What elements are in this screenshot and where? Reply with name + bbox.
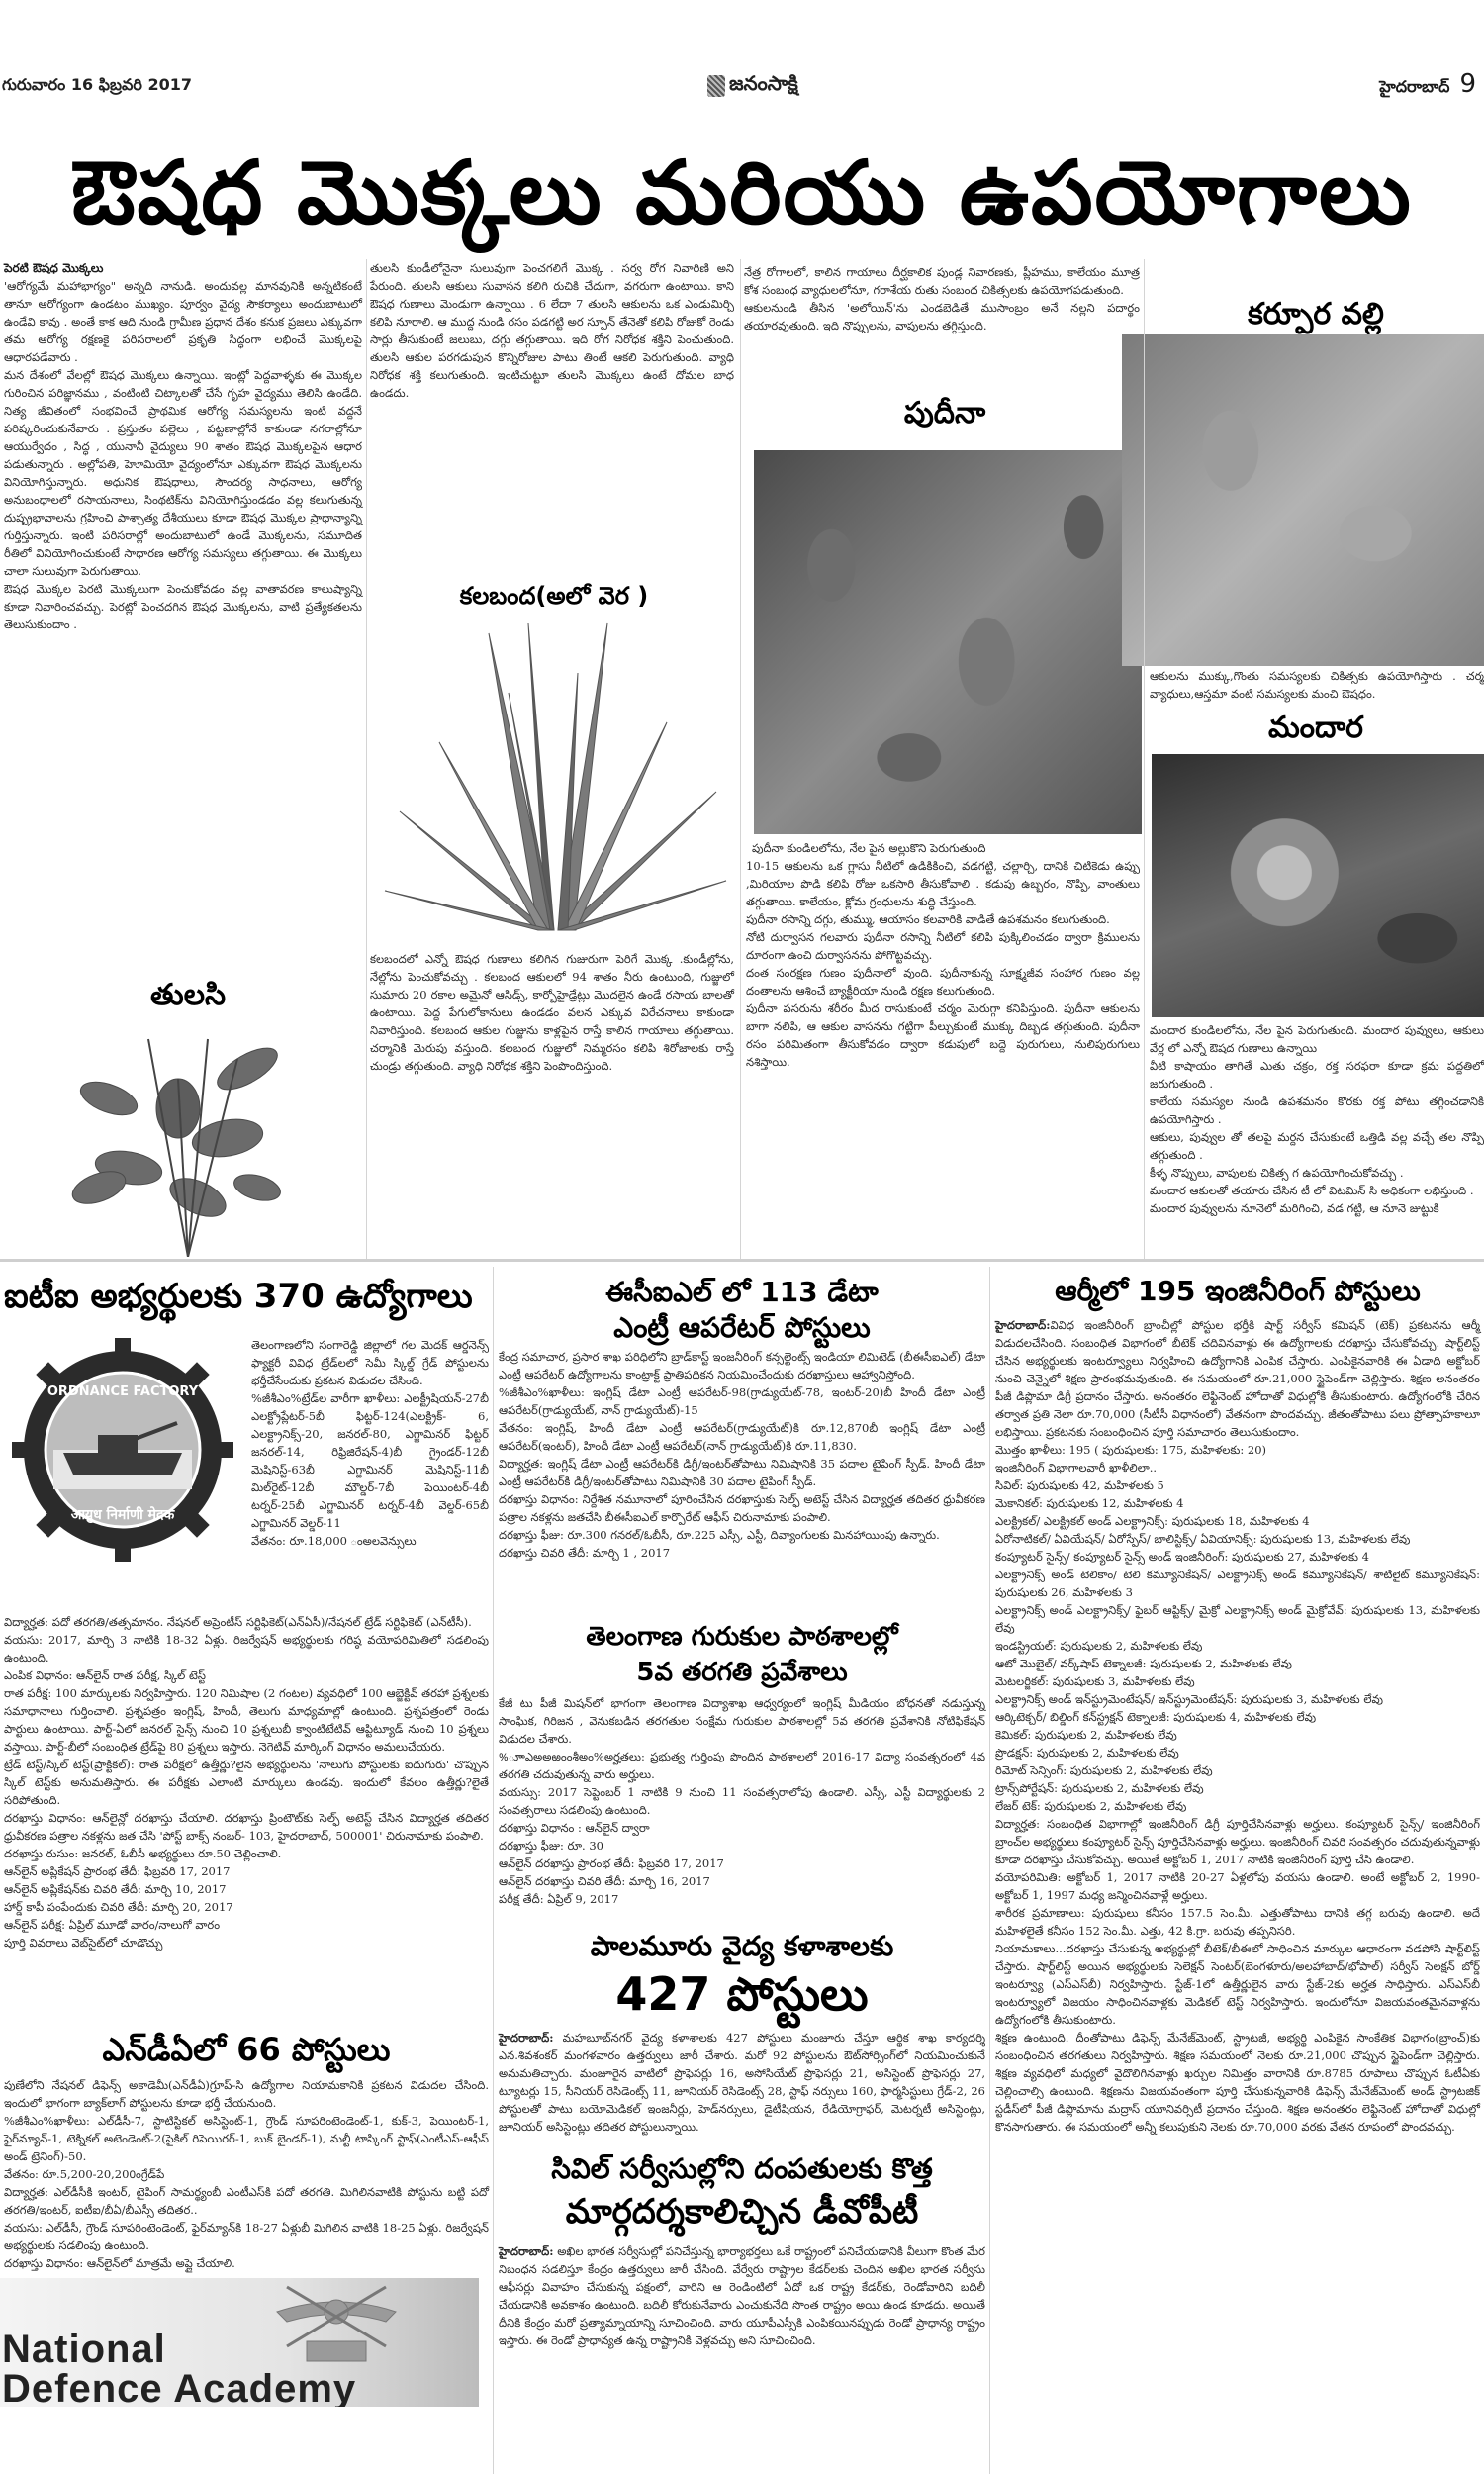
iti-intro: తెలంగాణలోని సంగారెడ్డి జిల్లాలో గల మెదక్… bbox=[251, 1336, 489, 1389]
palamuru-headline-line-1: పాలమూరు వైద్య కళాశాలకు bbox=[499, 1928, 985, 1965]
iti-vacancies: %జీశీఎం%ట్రేడ్‌ల వారీగా ఖాళీలు: ఎలక్ట్రీ… bbox=[251, 1389, 489, 1532]
nda-banner-line-1: National bbox=[2, 2328, 166, 2371]
mandara-heading: మందార bbox=[1148, 711, 1484, 752]
pudina-text-3: నోటి దుర్వాసన గలవారు పుదీనా రసాన్ని నీటి… bbox=[746, 928, 1140, 964]
newspaper-logo: జనంసాక్షి bbox=[707, 71, 798, 100]
aloe-text-2: నేత్ర రోగాలలో, కాలిన గాయాలు దీర్ఘకాలిక ప… bbox=[744, 263, 1140, 299]
column-rule bbox=[366, 259, 367, 1259]
army-branch: కంప్యూటర్ సైన్స్/ కంప్యూటర్ సైన్స్ అండ్ … bbox=[995, 1548, 1480, 1566]
tulasi-heading: తులసి bbox=[89, 978, 287, 1019]
issue-date: గురువారం 16 ఫిబ్రవరి 2017 bbox=[2, 75, 192, 98]
karpuravalli-caption: ఆకులను ముక్కు,గొంతు సమస్యలకు చికిత్సకు ఉ… bbox=[1150, 667, 1484, 703]
edition-city: హైదరాబాద్ bbox=[1379, 77, 1449, 100]
gurukul-application: దరఖాస్తు విధానం : ఆన్‌లైన్ ద్వారా bbox=[499, 1819, 985, 1837]
army-dateline: హైదరాబాద్: bbox=[995, 1318, 1050, 1332]
pudina-text: 10-15 ఆకులను ఒక గ్లాసు నీటిలో ఉడికికించి… bbox=[746, 857, 1140, 910]
iti-application: దరఖాస్తు విధానం: ఆన్‌లైన్లో దరఖాస్తు చేయ… bbox=[4, 1809, 489, 1845]
nda-vacancies: %జీశీఎం%ఖాళీలు: ఎల్‌డీసీ-7, స్టాటిస్టికల… bbox=[4, 2112, 489, 2165]
aloe-continued: నేత్ర రోగాలలో, కాలిన గాయాలు దీర్ఘకాలిక ప… bbox=[744, 263, 1140, 334]
army-branch: ఎలక్ట్రానిక్స్ అండ్ టెలికాం/ టెలి కమ్యూన… bbox=[995, 1566, 1480, 1601]
iti-date-2: ఆన్‌లైన్ అప్లికేషన్‌కు చివరి తేదీ: మార్చ… bbox=[4, 1880, 489, 1898]
dopt-headline-line-1: సివిల్ సర్వీసుల్లోని దంపతులకు కొత్త bbox=[499, 2149, 985, 2189]
newspaper-name: జనంసాక్షి bbox=[729, 71, 798, 100]
herbal-column-2: తులసి కుండీలోనైనా సులువుగా పెంచగలిగే మొక… bbox=[370, 259, 734, 402]
army-branch: మెకానికల్: పురుషులకు 12, మహిళలకు 4 bbox=[995, 1494, 1480, 1512]
mandara-text-3: కాలేయ సమస్యల నుండి ఉపశమనం కొరకు రక్త పోట… bbox=[1150, 1093, 1484, 1128]
aloe-heading: కలబంద(అలో వెర ) bbox=[376, 582, 732, 616]
herbal-column-1: పెరటి ఔషధ మొక్కలు 'ఆరోగ్యమే మహాభాగ్యం" అ… bbox=[4, 259, 362, 633]
palamuru-text-block: హైదరాబాద్: మహబూబ్‌నగర్ వైద్య కళాశాలకు 42… bbox=[499, 2029, 985, 2136]
karpuravalli-photo bbox=[1122, 334, 1484, 666]
iti-selection: ఎంపిక విధానం: ఆన్‌లైన్ రాత పరీక్ష, స్కిల… bbox=[4, 1666, 489, 1684]
mandara-text-6: మందార ఆకులతో తయారు చేసిన టీ లో విటమిన్ స… bbox=[1150, 1182, 1484, 1199]
army-training: శిక్షణ ఉంటుంది. దీంతోపాటు డిఫెన్స్ మేనేజ… bbox=[995, 2029, 1480, 2136]
iti-headline: ఐటీఐ అభ్యర్థులకు 370 ఉద్యోగాలు bbox=[4, 1277, 489, 1324]
column-rule bbox=[493, 1267, 494, 2474]
army-branch: రిమోట్ సెన్సింగ్: పురుషులకు 2, మహిళలకు ల… bbox=[995, 1761, 1480, 1779]
nda-intro: పుణేలోని నేషనల్ డిఫెన్స్ అకాడెమీ(ఎన్‌డీఏ… bbox=[4, 2076, 489, 2112]
gurukul-date-1: ఆన్‌లైన్ దరఖాస్తు ప్రారంభ తేదీ: ఫిబ్రవరి… bbox=[499, 1855, 985, 1872]
gurukul-date-2: ఆన్‌లైన్ దరఖాస్తు చివరి తేదీ: మార్చి 16,… bbox=[499, 1872, 985, 1890]
iti-details-block: విద్యార్హత: పదో తరగతి/తత్సమానం. నేషనల్ అ… bbox=[4, 1613, 489, 1951]
palamuru-headline: పాలమూరు వైద్య కళాశాలకు 427 పోస్టులు bbox=[499, 1928, 985, 2023]
becil-last-date: దరఖాస్తు చివరి తేదీ: మార్చి 1 , 2017 bbox=[499, 1544, 985, 1562]
army-branch: ఎలక్ట్రానిక్స్ అండ్ ఇన్‌స్ట్రుమెంటేషన్/ … bbox=[995, 1690, 1480, 1708]
mandara-text-7: మందార పువ్వులను నూనెలో మరిగించి, వడ గట్ట… bbox=[1150, 1199, 1484, 1217]
iti-date-3: హార్డ్ కాపీ పంపేందుకు చివరి తేదీ: మార్చి… bbox=[4, 1898, 489, 1916]
nda-banner: National Defence Academy bbox=[0, 2278, 479, 2407]
pudina-text-4: దంత సంరక్షణ గుణం పుదీనాలో వుంది. పుదీనాక… bbox=[746, 964, 1140, 1000]
karpuravalli-heading: కర్పూర వల్లి bbox=[1148, 297, 1484, 338]
palamuru-headline-line-2: 427 పోస్టులు bbox=[499, 1965, 985, 2023]
gurukul-headline: తెలంగాణ గురుకుల పాఠశాలల్లో 5వ తరగతి ప్రవ… bbox=[499, 1619, 985, 1690]
army-branch: ఇండస్ట్రియల్: పురుషులకు 2, మహిళలకు లేవు bbox=[995, 1637, 1480, 1655]
nda-qualification: విద్యార్హత: ఎల్‌డీసీకి ఇంటర్, టైపింగ్ సా… bbox=[4, 2183, 489, 2219]
iti-date-4: ఆన్‌లైన్ పరీక్ష: ఏప్రిల్ మూడో వారం/నాలుగ… bbox=[4, 1916, 489, 1934]
army-qualification: విద్యార్హత: సంబంధిత విభాగాల్లో ఇంజినీరిం… bbox=[995, 1815, 1480, 1868]
intro-heading: పెరటి ఔషధ మొక్కలు bbox=[4, 259, 362, 277]
iti-trade-test: ట్రేడ్ టెస్ట్/స్కిల్ టెస్ట్(ప్రాక్టికల్)… bbox=[4, 1756, 489, 1809]
nda-emblem-icon bbox=[267, 2282, 406, 2371]
mandara-text-2: వీటి కాషాయం తాగితే ఎుతు చక్రం, రక్త సరఫర… bbox=[1150, 1057, 1484, 1093]
becil-intro: కేంద్ర సమాచార, ప్రసార శాఖ పరిధిలోని బ్రా… bbox=[499, 1348, 985, 1383]
iti-written-test: రాత పరీక్ష: 100 మార్కులకు నిర్వహిస్తారు.… bbox=[4, 1684, 489, 1756]
pudina-text-2: పుదీనా రసాన్ని దగ్గు, తుమ్ము, ఆయాసం కలవా… bbox=[746, 910, 1140, 928]
page-headline: ఔషధ మొక్కలు మరియు ఉపయోగాలు bbox=[0, 139, 1484, 247]
tulasi-photo bbox=[40, 1019, 317, 1257]
gurukul-headline-line-1: తెలంగాణ గురుకుల పాఠశాలల్లో bbox=[499, 1619, 985, 1655]
army-branch: లేజర్ టెక్: పురుషులకు 2, మహిళలకు లేవు bbox=[995, 1797, 1480, 1815]
dopt-headline-line-2: మార్గదర్శకాలిచ్చిన డీవోపీటీ bbox=[499, 2189, 985, 2235]
dopt-headline: సివిల్ సర్వీసుల్లోని దంపతులకు కొత్త మార్… bbox=[499, 2149, 985, 2235]
army-branch: ఎలక్ట్రికల్/ ఎలక్ట్రికల్ అండ్ ఎలక్ట్రాని… bbox=[995, 1512, 1480, 1530]
becil-headline-line-2: ఎంట్రీ ఆపరేటర్ పోస్టులు bbox=[499, 1310, 985, 1346]
dopt-text-block: హైదరాబాద్: అఖిల భారత సర్వీసుల్లో పనిచేస్… bbox=[499, 2242, 985, 2349]
palamuru-dateline: హైదరాబాద్: bbox=[499, 2031, 553, 2045]
karpuravalli-caption-block: ఆకులను ముక్కు,గొంతు సమస్యలకు చికిత్సకు ఉ… bbox=[1150, 667, 1484, 703]
gurukul-age: వయస్సు: 2017 సెప్టెంబర్ 1 నాటికి 9 నుంచి… bbox=[499, 1783, 985, 1819]
nda-headline: ఎన్‌డీఏలో 66 పోస్టులు bbox=[4, 2031, 489, 2076]
edition-info: హైదరాబాద్ 9 bbox=[1379, 69, 1476, 100]
army-branch: ప్రొడక్షన్: పురుషులకు 2, మహిళలకు లేవు bbox=[995, 1744, 1480, 1761]
nda-text-block: పుణేలోని నేషనల్ డిఫెన్స్ అకాడెమీ(ఎన్‌డీఏ… bbox=[4, 2076, 489, 2272]
nda-banner-line-2: Defence Academy bbox=[2, 2367, 356, 2407]
army-branch: ఆర్కిటెక్చర్/ బిల్డింగ్ కన్‌స్ట్రక్షన్ ట… bbox=[995, 1708, 1480, 1726]
becil-headline: ఈసీఐఎల్ లో 113 డేటా ఎంట్రీ ఆపరేటర్ పోస్ట… bbox=[499, 1275, 985, 1346]
iti-intro-block: తెలంగాణలోని సంగారెడ్డి జిల్లాలో గల మెదక్… bbox=[251, 1336, 489, 1550]
page-number: 9 bbox=[1459, 69, 1476, 99]
pudina-text-block: పుదీనా కుండిలలోను, నేల పైన అల్లుకొని పెర… bbox=[746, 839, 1140, 1071]
column-rule bbox=[740, 259, 741, 1259]
mandara-text: మందార కుండిలలోను, నేల పైన పెరుగుతుంది. మ… bbox=[1150, 1021, 1484, 1057]
gurukul-date-3: పరీక్ష తేదీ: ఏప్రిల్ 9, 2017 bbox=[499, 1890, 985, 1908]
mandara-photo bbox=[1152, 754, 1484, 1017]
iti-fee: దరఖాస్తు రుసుం: జనరల్, ఓబీసీ అభ్యర్థులు … bbox=[4, 1845, 489, 1862]
section-divider bbox=[0, 1259, 1484, 1262]
nda-age: వయసు: ఎల్‌డీసీ, గ్రౌండ్ సూపరింటెండెంట్, … bbox=[4, 2219, 489, 2254]
becil-salary: వేతనం: ఇంగ్లిష్, హిందీ డేటా ఎంట్రీ ఆపరేట… bbox=[499, 1419, 985, 1455]
army-physical: శారీరక ప్రమాణాలు: పురుషులు కనీసం 157.5 స… bbox=[995, 1904, 1480, 1940]
army-selection: నియామకాలు...దరఖాస్తు చేసుకున్న అభ్యర్థుల… bbox=[995, 1940, 1480, 2029]
army-text-block: హైదరాబాద్:వివిధ ఇంజినీరింగ్ బ్రాంచీల్లో … bbox=[995, 1316, 1480, 2136]
gurukul-headline-line-2: 5వ తరగతి ప్రవేశాలు bbox=[499, 1655, 985, 1690]
gurukul-intro: కేజీ టు పీజీ మిషన్‌లో భాగంగా తెలంగాణ విద… bbox=[499, 1694, 985, 1748]
tulasi-text: తులసి కుండీలోనైనా సులువుగా పెంచగలిగే మొక… bbox=[370, 259, 734, 402]
army-branch: ఏరోనాటికల్/ ఏవియేషన్/ ఏరోస్పేస్/ బాలిస్ట… bbox=[995, 1530, 1480, 1548]
aloe-text-3: ఆకులనుండి తీసిన 'అలోయిన్'ను ఎండబెడితే ము… bbox=[744, 299, 1140, 334]
becil-text-block: కేంద్ర సమాచార, ప్రసార శాఖ పరిధిలోని బ్రా… bbox=[499, 1348, 985, 1562]
column-rule bbox=[1144, 259, 1145, 1259]
becil-qualification: విద్యార్హత: ఇంగ్లిష్ డేటా ఎంట్రీ ఆపరేటర్… bbox=[499, 1455, 985, 1490]
mandara-text-block: మందార కుండిలలోను, నేల పైన పెరుగుతుంది. మ… bbox=[1150, 1021, 1484, 1217]
army-headline: ఆర్మీలో 195 ఇంజినీరింగ్ పోస్టులు bbox=[993, 1275, 1482, 1314]
army-branch: సివిల్: పురుషులకు 42, మహిళలకు 5 bbox=[995, 1476, 1480, 1494]
logo-icon bbox=[707, 75, 725, 97]
dopt-text: అఖిల భారత సర్వీసుల్లో పనిచేస్తున్న భార్య… bbox=[499, 2244, 985, 2347]
iti-salary: వేతనం: రూ.18,000 ంఅలవెన్సులు bbox=[251, 1532, 489, 1550]
army-branch-heading: ఇంజినీరింగ్ విభాగాలవారీ ఖాళీలిలా.. bbox=[995, 1459, 1480, 1476]
mandara-text-5: కీళ్ళ నొప్పులు, వాపులకు చికిత్స గ ఉపయోగి… bbox=[1150, 1164, 1484, 1182]
becil-fee: దరఖాస్తు ఫీజు: రూ.300 గనరల్/ఓబీసీ, రూ.22… bbox=[499, 1526, 985, 1544]
intro-paragraph: 'ఆరోగ్యమే మహాభాగ్యం" అన్నది నానుడి. అందు… bbox=[4, 277, 362, 366]
dopt-dateline: హైదరాబాద్: bbox=[499, 2244, 553, 2258]
pudina-photo bbox=[754, 450, 1142, 834]
ordnance-factory-logo: ORDNANCE FACTORY आयुध निर्माणी मेदक bbox=[4, 1336, 241, 1564]
army-age: వయోపరిమితి: అక్టోబర్ 1, 2017 నాటికి 20-2… bbox=[995, 1868, 1480, 1904]
aloe-text: కలబందలో ఎన్నో ఔషధ గుణాలు కలిగిన గుజురుగా… bbox=[370, 950, 734, 1075]
becil-application: దరఖాస్తు విధానం: నిర్దేశిత నమూనాలో పూరిం… bbox=[499, 1490, 985, 1526]
army-branch: కెమికల్: పురుషులకు 2, మహిళలకు లేవు bbox=[995, 1726, 1480, 1744]
becil-vacancies: %జీశీఎం%ఖాళీలు: ఇంగ్లిష్ డేటా ఎంట్రీ ఆపర… bbox=[499, 1383, 985, 1419]
iti-website-note: పూర్తి వివరాలు వెబ్‌సైట్‌లో చూడొచ్చు bbox=[4, 1934, 489, 1951]
svg-text:आयुध निर्माणी मेदक: आयुध निर्माणी मेदक bbox=[71, 1506, 176, 1524]
army-branch: మెటలర్జికల్: పురుషులకు 3, మహిళలకు లేవు bbox=[995, 1672, 1480, 1690]
becil-headline-line-1: ఈసీఐఎల్ లో 113 డేటా bbox=[499, 1275, 985, 1310]
gurukul-text-block: కేజీ టు పీజీ మిషన్‌లో భాగంగా తెలంగాణ విద… bbox=[499, 1694, 985, 1908]
column-rule bbox=[989, 1267, 990, 2474]
iti-age: వయసు: 2017, మార్చి 3 నాటికి 18-32 ఏళ్లు.… bbox=[4, 1631, 489, 1666]
pudina-caption: పుదీనా కుండిలలోను, నేల పైన అల్లుకొని పెర… bbox=[746, 839, 1140, 857]
army-branch: ఆటో మొబైల్/ వర్క్‌షాప్ టెక్నాలజీ: పురుషు… bbox=[995, 1655, 1480, 1672]
army-intro: వివిధ ఇంజినీరింగ్ బ్రాంచీల్లో పోస్టుల భర… bbox=[995, 1318, 1480, 1439]
intro-paragraph-3: ఔషధ మొక్కల పెరటి మొక్కలుగా పెంచుకోవడం వల… bbox=[4, 580, 362, 633]
mandara-text-4: ఆకులు, పువ్వుల తో తలపై మర్దన చేసుకుంటే ఒ… bbox=[1150, 1128, 1484, 1164]
aloe-text-block: కలబందలో ఎన్నో ఔషధ గుణాలు కలిగిన గుజురుగా… bbox=[370, 950, 734, 1075]
iti-date-1: ఆన్‌లైన్ అప్లికేషన్ ప్రారంభ తేదీ: ఫిబ్రవ… bbox=[4, 1862, 489, 1880]
gurukul-eligibility: %ూాఎఅఅఱంంశీఅం%అర్హతలు: ప్రభుత్వ గుర్తింప… bbox=[499, 1748, 985, 1783]
pudina-text-5: పుదీనా పసరును శరీరం మీద రాసుకుంటే చర్మం … bbox=[746, 1000, 1140, 1071]
aloe-vera-photo bbox=[380, 614, 728, 940]
pudina-heading: పుదీనా bbox=[752, 396, 1138, 437]
gurukul-fee: దరఖాస్తు ఫీజు: రూ. 30 bbox=[499, 1837, 985, 1855]
army-branch: ట్రాన్స్‌పోర్టేషన్: పురుషులకు 2, మహిళలకు… bbox=[995, 1779, 1480, 1797]
iti-qualification: విద్యార్హత: పదో తరగతి/తత్సమానం. నేషనల్ అ… bbox=[4, 1613, 489, 1631]
nda-salary: వేతనం: రూ.5,200-20,200ంగ్రేడ్‌పే bbox=[4, 2165, 489, 2183]
army-branch: ఎలక్ట్రానిక్స్ అండ్ ఎలక్ట్రానిక్స్/ ఫైబర… bbox=[995, 1601, 1480, 1637]
army-total-vacancies: మొత్తం ఖాళీలు: 195 ( పురుషులకు: 175, మహి… bbox=[995, 1441, 1480, 1459]
nda-application: దరఖాస్తు విధానం: ఆన్‌లైన్‌లో మాత్రమే అప్… bbox=[4, 2254, 489, 2272]
palamuru-text: మహబూబ్‌నగర్ వైద్య కళాశాలకు 427 పోస్టులు … bbox=[499, 2031, 985, 2134]
intro-paragraph-2: మన దేశంలో వేలల్లో ఔషధ మొక్కలు ఉన్నాయి. ఇ… bbox=[4, 366, 362, 580]
logo-text: ORDNANCE FACTORY bbox=[47, 1384, 199, 1399]
